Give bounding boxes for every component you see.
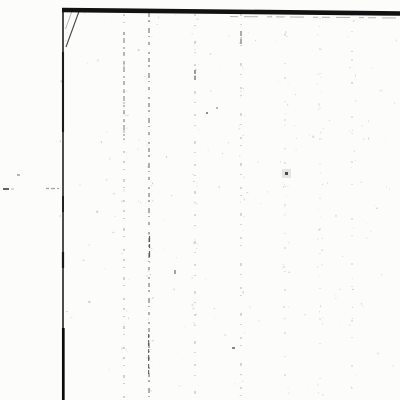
scan-noise-speck bbox=[198, 129, 199, 131]
scan-noise-speck bbox=[193, 242, 194, 244]
scan-noise-speck bbox=[339, 322, 340, 324]
scan-noise-speck bbox=[319, 311, 320, 312]
scan-noise-speck bbox=[151, 248, 152, 249]
scan-noise-speck bbox=[208, 150, 209, 151]
scan-noise-speck bbox=[196, 58, 197, 59]
scan-noise-speck bbox=[158, 17, 159, 19]
scan-noise-speck bbox=[196, 183, 197, 184]
scan-noise-speck bbox=[243, 88, 244, 89]
scan-noise-speck bbox=[149, 154, 151, 155]
scan-noise-speck bbox=[329, 120, 330, 121]
scan-noise-speck bbox=[351, 167, 352, 168]
scan-noise-speck bbox=[319, 26, 320, 27]
scan-noise-speck bbox=[65, 375, 66, 376]
scan-noise-speck bbox=[320, 172, 321, 173]
scan-noise-speck bbox=[288, 306, 289, 308]
scan-noise-speck bbox=[214, 308, 215, 309]
scan-noise-speck bbox=[126, 351, 127, 352]
scan-noise-speck bbox=[219, 186, 220, 188]
scan-noise-speck bbox=[317, 384, 318, 386]
scan-noise-speck bbox=[240, 201, 241, 203]
scan-noise-speck bbox=[259, 320, 260, 321]
scan-noise-speck bbox=[148, 270, 150, 272]
scan-noise-speck bbox=[126, 152, 127, 153]
ink-spot bbox=[216, 107, 218, 109]
scan-noise-speck bbox=[245, 114, 246, 116]
scan-noise-speck bbox=[361, 125, 362, 127]
scan-noise-speck bbox=[194, 239, 195, 240]
scan-noise-speck bbox=[355, 75, 356, 77]
scan-noise-speck bbox=[249, 306, 250, 308]
scan-noise-speck bbox=[192, 308, 194, 310]
scan-noise-speck bbox=[147, 357, 148, 359]
top-rule bbox=[62, 10, 400, 14]
scan-noise-speck bbox=[352, 307, 353, 308]
scan-noise-speck bbox=[109, 158, 110, 160]
scan-noise-speck bbox=[125, 115, 126, 116]
scan-noise-speck bbox=[322, 317, 323, 318]
scan-noise-speck bbox=[320, 305, 321, 307]
scan-noise-speck bbox=[355, 160, 356, 161]
scan-noise-speck bbox=[152, 365, 153, 366]
scan-noise-speck bbox=[322, 238, 323, 239]
scan-noise-speck bbox=[60, 215, 61, 217]
scan-noise-speck bbox=[396, 39, 397, 41]
scan-noise-speck bbox=[244, 332, 245, 333]
scan-noise-speck bbox=[260, 203, 261, 204]
scan-noise-speck bbox=[228, 142, 229, 143]
scan-noise-speck bbox=[126, 128, 128, 129]
scan-noise-speck bbox=[243, 292, 244, 294]
scan-noise-speck bbox=[239, 43, 240, 44]
scan-noise-speck bbox=[149, 249, 150, 250]
scan-noise-speck bbox=[115, 216, 116, 217]
scan-noise-speck bbox=[243, 135, 244, 136]
scan-noise-speck bbox=[350, 67, 351, 68]
scan-noise-speck bbox=[175, 15, 176, 16]
scan-noise-speck bbox=[146, 146, 147, 147]
scan-noise-speck bbox=[128, 279, 129, 280]
scan-noise-speck bbox=[152, 340, 153, 342]
scan-noise-speck bbox=[288, 272, 290, 273]
scan-noise-speck bbox=[370, 231, 371, 232]
scan-noise-speck bbox=[335, 295, 336, 296]
scan-noise-speck bbox=[174, 288, 175, 290]
corner-diagonal-stroke bbox=[66, 10, 80, 47]
scan-noise-speck bbox=[240, 128, 241, 129]
scan-noise-speck bbox=[296, 138, 297, 139]
scan-noise-speck bbox=[193, 174, 194, 175]
scan-noise-speck bbox=[240, 91, 241, 92]
scan-noise-speck bbox=[381, 274, 382, 275]
scan-noise-speck bbox=[240, 118, 241, 119]
scan-noise-speck bbox=[389, 188, 390, 189]
scan-noise-speck bbox=[318, 392, 319, 393]
ink-spot bbox=[206, 112, 208, 114]
scan-noise-speck bbox=[243, 69, 244, 70]
scan-noise-speck bbox=[151, 36, 152, 37]
scan-noise-speck bbox=[283, 319, 284, 320]
scan-noise-speck bbox=[149, 262, 151, 263]
scan-noise-speck bbox=[121, 253, 123, 254]
scan-noise-speck bbox=[312, 136, 314, 138]
scan-noise-speck bbox=[144, 76, 145, 77]
scan-noise-speck bbox=[283, 264, 284, 265]
scan-noise-speck bbox=[151, 191, 152, 192]
scan-noise-speck bbox=[352, 318, 353, 319]
scan-noise-speck bbox=[363, 139, 364, 140]
scan-noise-speck bbox=[285, 31, 286, 33]
scan-noise-speck bbox=[192, 277, 193, 279]
scan-noise-speck bbox=[138, 149, 139, 150]
scan-noise-speck bbox=[152, 200, 153, 202]
scan-noise-speck bbox=[239, 156, 240, 157]
scan-noise-speck bbox=[194, 49, 195, 50]
scan-noise-speck bbox=[385, 141, 386, 143]
scan-noise-speck bbox=[322, 323, 323, 324]
scan-noise-speck bbox=[284, 184, 285, 185]
scan-noise-speck bbox=[320, 216, 321, 217]
scan-noise-speck bbox=[355, 100, 356, 101]
scan-noise-speck bbox=[319, 103, 320, 105]
scan-noise-speck bbox=[242, 67, 243, 68]
scan-noise-speck bbox=[248, 32, 249, 33]
scan-noise-speck bbox=[368, 138, 369, 140]
scan-noise-speck bbox=[197, 186, 198, 187]
scan-noise-speck bbox=[228, 35, 229, 37]
scan-noise-speck bbox=[321, 77, 322, 78]
scan-noise-speck bbox=[294, 125, 296, 126]
scan-noise-speck bbox=[318, 74, 319, 75]
scan-noise-speck bbox=[214, 271, 215, 272]
scan-noise-speck bbox=[284, 214, 285, 216]
scan-noise-speck bbox=[321, 40, 322, 41]
scan-noise-speck bbox=[123, 324, 124, 325]
scan-noise-speck bbox=[225, 334, 226, 336]
ink-spot bbox=[282, 169, 291, 178]
scan-noise-speck bbox=[239, 128, 240, 130]
scan-noise-speck bbox=[352, 130, 353, 131]
scan-noise-speck bbox=[234, 383, 235, 384]
scan-noise-speck bbox=[106, 131, 107, 132]
ink-spot bbox=[232, 347, 235, 349]
scan-noise-speck bbox=[139, 140, 140, 141]
scan-noise-speck bbox=[288, 84, 289, 86]
scan-noise-speck bbox=[138, 201, 139, 202]
scan-noise-speck bbox=[288, 393, 289, 394]
scan-noise-speck bbox=[280, 161, 281, 162]
scan-noise-speck bbox=[73, 314, 74, 315]
scan-noise-speck bbox=[267, 191, 268, 192]
scan-noise-speck bbox=[197, 243, 198, 244]
scan-noise-speck bbox=[194, 324, 195, 325]
scan-noise-speck bbox=[157, 24, 158, 25]
scan-noise-speck bbox=[319, 275, 320, 277]
scan-noise-speck bbox=[198, 64, 199, 65]
scan-noise-speck bbox=[287, 104, 288, 106]
top-rule-fuzz bbox=[230, 17, 400, 19]
scan-noise-speck bbox=[246, 192, 248, 193]
scan-noise-speck bbox=[128, 317, 129, 319]
scan-noise-speck bbox=[242, 230, 243, 231]
scan-noise-speck bbox=[317, 34, 318, 35]
scan-noise-speck bbox=[122, 200, 123, 202]
scan-noise-speck bbox=[371, 67, 372, 68]
scan-noise-speck bbox=[152, 303, 153, 304]
scan-noise-speck bbox=[123, 65, 125, 67]
scan-noise-speck bbox=[323, 128, 324, 129]
scan-noise-speck bbox=[361, 303, 362, 305]
scan-noise-speck bbox=[177, 353, 178, 354]
scan-noise-speck bbox=[138, 49, 140, 51]
scan-noise-speck bbox=[192, 304, 194, 306]
scan-noise-speck bbox=[303, 74, 304, 75]
scan-noise-speck bbox=[122, 347, 123, 349]
scan-noise-speck bbox=[205, 278, 206, 280]
scan-noise-speck bbox=[284, 65, 285, 66]
scan-noise-speck bbox=[148, 319, 149, 320]
scan-noise-speck bbox=[386, 157, 387, 158]
scan-noise-speck bbox=[386, 187, 387, 188]
scan-noise-speck bbox=[317, 239, 318, 240]
scan-noise-speck bbox=[127, 157, 128, 158]
scan-noise-speck bbox=[146, 276, 148, 277]
scan-noise-speck bbox=[288, 242, 289, 243]
scan-noise-speck bbox=[122, 359, 123, 361]
scan-noise-speck bbox=[210, 91, 211, 92]
scan-noise-speck bbox=[242, 143, 243, 144]
scan-noise-speck bbox=[244, 198, 245, 200]
scan-noise-speck bbox=[370, 237, 371, 238]
scan-noise-speck bbox=[80, 184, 81, 186]
scan-noise-speck bbox=[285, 307, 286, 308]
scan-noise-speck bbox=[243, 177, 244, 179]
scan-noise-speck bbox=[322, 394, 323, 396]
scan-noise-speck bbox=[194, 322, 195, 324]
scan-noise-speck bbox=[88, 301, 90, 303]
corner-diagonal-stroke bbox=[66, 11, 73, 29]
scan-noise-speck bbox=[244, 216, 245, 217]
scan-noise-speck bbox=[354, 151, 355, 152]
scan-noise-speck bbox=[70, 317, 72, 318]
ink-spot bbox=[174, 270, 176, 274]
scan-noise-speck bbox=[179, 385, 181, 386]
scan-noise-speck bbox=[288, 387, 289, 388]
scan-noise-speck bbox=[284, 266, 285, 268]
scan-noise-speck bbox=[140, 202, 141, 204]
scan-noise-speck bbox=[101, 141, 102, 143]
scan-noise-speck bbox=[283, 186, 284, 187]
scan-noise-speck bbox=[283, 306, 284, 308]
scan-noise-speck bbox=[376, 208, 378, 209]
scanned-page bbox=[0, 0, 400, 400]
scan-noise-speck bbox=[176, 257, 177, 258]
scan-noise-speck bbox=[304, 314, 306, 315]
scan-noise-speck bbox=[282, 182, 283, 183]
scan-noise-speck bbox=[351, 51, 353, 52]
scan-noise-speck bbox=[319, 106, 320, 107]
scan-noise-speck bbox=[185, 326, 186, 328]
scan-noise-speck bbox=[196, 248, 197, 249]
scan-noise-speck bbox=[377, 352, 379, 354]
scan-noise-speck bbox=[342, 256, 343, 257]
scan-noise-speck bbox=[322, 320, 323, 321]
scan-noise-speck bbox=[361, 182, 362, 183]
scan-noise-speck bbox=[362, 220, 363, 221]
scan-noise-speck bbox=[106, 179, 107, 181]
scan-noise-speck bbox=[112, 232, 114, 233]
scan-noise-speck bbox=[321, 49, 322, 50]
scan-noise-speck bbox=[87, 63, 88, 64]
scan-noise-speck bbox=[152, 183, 153, 184]
scan-noise-speck bbox=[240, 96, 241, 97]
scan-noise-speck bbox=[287, 186, 289, 187]
scan-noise-speck bbox=[95, 295, 96, 296]
scan-noise-speck bbox=[109, 369, 110, 370]
scan-noise-speck bbox=[353, 228, 354, 229]
scan-noise-speck bbox=[60, 140, 61, 142]
scan-noise-speck bbox=[321, 250, 323, 251]
scan-noise-speck bbox=[222, 153, 223, 154]
scan-noise-speck bbox=[244, 115, 245, 117]
scan-noise-speck bbox=[121, 29, 122, 30]
scan-noise-speck bbox=[113, 193, 115, 194]
scan-noise-speck bbox=[286, 36, 287, 37]
scan-noise-speck bbox=[124, 114, 125, 115]
scan-noise-speck bbox=[353, 20, 355, 21]
scan-noise-speck bbox=[171, 195, 172, 196]
scan-noise-speck bbox=[275, 41, 276, 42]
scan-noise-speck bbox=[374, 205, 375, 206]
scan-noise-speck bbox=[296, 149, 297, 151]
scan-noise-speck bbox=[351, 387, 352, 388]
scan-noise-speck bbox=[66, 32, 67, 33]
scan-noise-speck bbox=[322, 184, 323, 185]
scan-noise-speck bbox=[65, 40, 66, 41]
scan-noise-speck bbox=[318, 194, 319, 195]
scan-noise-speck bbox=[196, 19, 198, 20]
scan-noise-speck bbox=[363, 306, 364, 307]
scan-noise-speck bbox=[242, 381, 243, 382]
scan-noise-speck bbox=[150, 274, 151, 275]
scan-noise-speck bbox=[317, 267, 318, 268]
scan-noise-speck bbox=[126, 310, 127, 311]
scan-noise-speck bbox=[255, 40, 256, 41]
scan-noise-speck bbox=[151, 185, 152, 186]
scan-noise-speck bbox=[82, 260, 84, 261]
scan-noise-speck bbox=[335, 215, 337, 217]
scan-noise-speck bbox=[125, 78, 126, 79]
scan-noise-speck bbox=[146, 78, 148, 79]
scan-noise-speck bbox=[285, 125, 286, 126]
scan-noise-speck bbox=[309, 135, 310, 136]
scan-noise-speck bbox=[126, 350, 127, 351]
scan-noise-speck bbox=[195, 204, 196, 205]
scan-noise-speck bbox=[66, 311, 68, 312]
scan-noise-speck bbox=[317, 83, 318, 84]
scan-noise-speck bbox=[366, 222, 367, 224]
scan-noise-speck bbox=[196, 314, 197, 315]
scan-noise-speck bbox=[234, 342, 235, 343]
scan-noise-speck bbox=[335, 297, 336, 299]
scan-noise-speck bbox=[239, 124, 240, 125]
scan-marks bbox=[0, 0, 400, 400]
scan-noise-speck bbox=[381, 90, 382, 92]
scan-noise-speck bbox=[196, 203, 198, 204]
scan-noise-speck bbox=[354, 19, 356, 20]
scan-noise-speck bbox=[394, 103, 395, 104]
scan-noise-speck bbox=[352, 289, 354, 290]
scan-noise-speck bbox=[96, 211, 98, 213]
scan-noise-speck bbox=[278, 81, 279, 82]
scan-noise-speck bbox=[257, 162, 258, 163]
scan-noise-speck bbox=[196, 192, 197, 193]
scan-noise-speck bbox=[318, 109, 319, 110]
scan-noise-speck bbox=[220, 297, 221, 298]
scan-noise-speck bbox=[192, 33, 193, 34]
scan-noise-speck bbox=[340, 289, 341, 290]
scan-noise-speck bbox=[322, 264, 323, 265]
scan-noise-speck bbox=[346, 78, 347, 79]
scan-noise-speck bbox=[379, 90, 380, 91]
scan-noise-speck bbox=[152, 297, 154, 298]
scan-noise-speck bbox=[127, 394, 128, 396]
scan-noise-speck bbox=[286, 196, 287, 197]
scan-noise-speck bbox=[347, 36, 348, 37]
scan-noise-speck bbox=[97, 59, 99, 61]
scan-noise-speck bbox=[148, 234, 150, 235]
scan-noise-speck bbox=[366, 238, 367, 239]
scan-noise-speck bbox=[282, 264, 283, 265]
scan-noise-speck bbox=[295, 94, 296, 95]
scan-noise-speck bbox=[151, 349, 152, 350]
scan-noise-speck bbox=[393, 365, 394, 366]
scan-noise-speck bbox=[164, 249, 165, 250]
scan-noise-speck bbox=[147, 166, 148, 168]
scan-noise-speck bbox=[89, 244, 90, 245]
scan-noise-speck bbox=[318, 209, 319, 210]
scan-noise-speck bbox=[238, 396, 239, 397]
scan-noise-speck bbox=[353, 68, 354, 70]
scan-noise-speck bbox=[127, 115, 129, 116]
scan-noise-speck bbox=[121, 366, 122, 367]
scan-noise-speck bbox=[352, 278, 353, 279]
scan-noise-speck bbox=[194, 389, 195, 390]
scan-noise-speck bbox=[321, 91, 322, 92]
scan-noise-speck bbox=[322, 347, 323, 348]
scan-noise-speck bbox=[193, 181, 195, 182]
scan-noise-speck bbox=[284, 207, 285, 208]
scan-noise-speck bbox=[349, 131, 350, 132]
scan-noise-speck bbox=[122, 351, 123, 353]
scan-noise-speck bbox=[320, 132, 321, 134]
scan-noise-speck bbox=[368, 121, 369, 122]
scan-noise-speck bbox=[355, 375, 356, 376]
ink-spot bbox=[17, 174, 20, 176]
scan-noise-speck bbox=[285, 113, 286, 115]
scan-noise-speck bbox=[123, 189, 124, 191]
scan-noise-speck bbox=[284, 149, 285, 150]
scan-noise-speck bbox=[283, 266, 284, 268]
scan-noise-speck bbox=[209, 53, 211, 54]
scan-noise-speck bbox=[220, 67, 221, 68]
scan-noise-speck bbox=[215, 318, 216, 319]
scan-noise-speck bbox=[166, 156, 167, 158]
scan-noise-speck bbox=[126, 91, 127, 92]
scan-noise-speck bbox=[126, 45, 127, 46]
scan-noise-speck bbox=[105, 268, 106, 269]
scan-noise-speck bbox=[349, 325, 350, 326]
